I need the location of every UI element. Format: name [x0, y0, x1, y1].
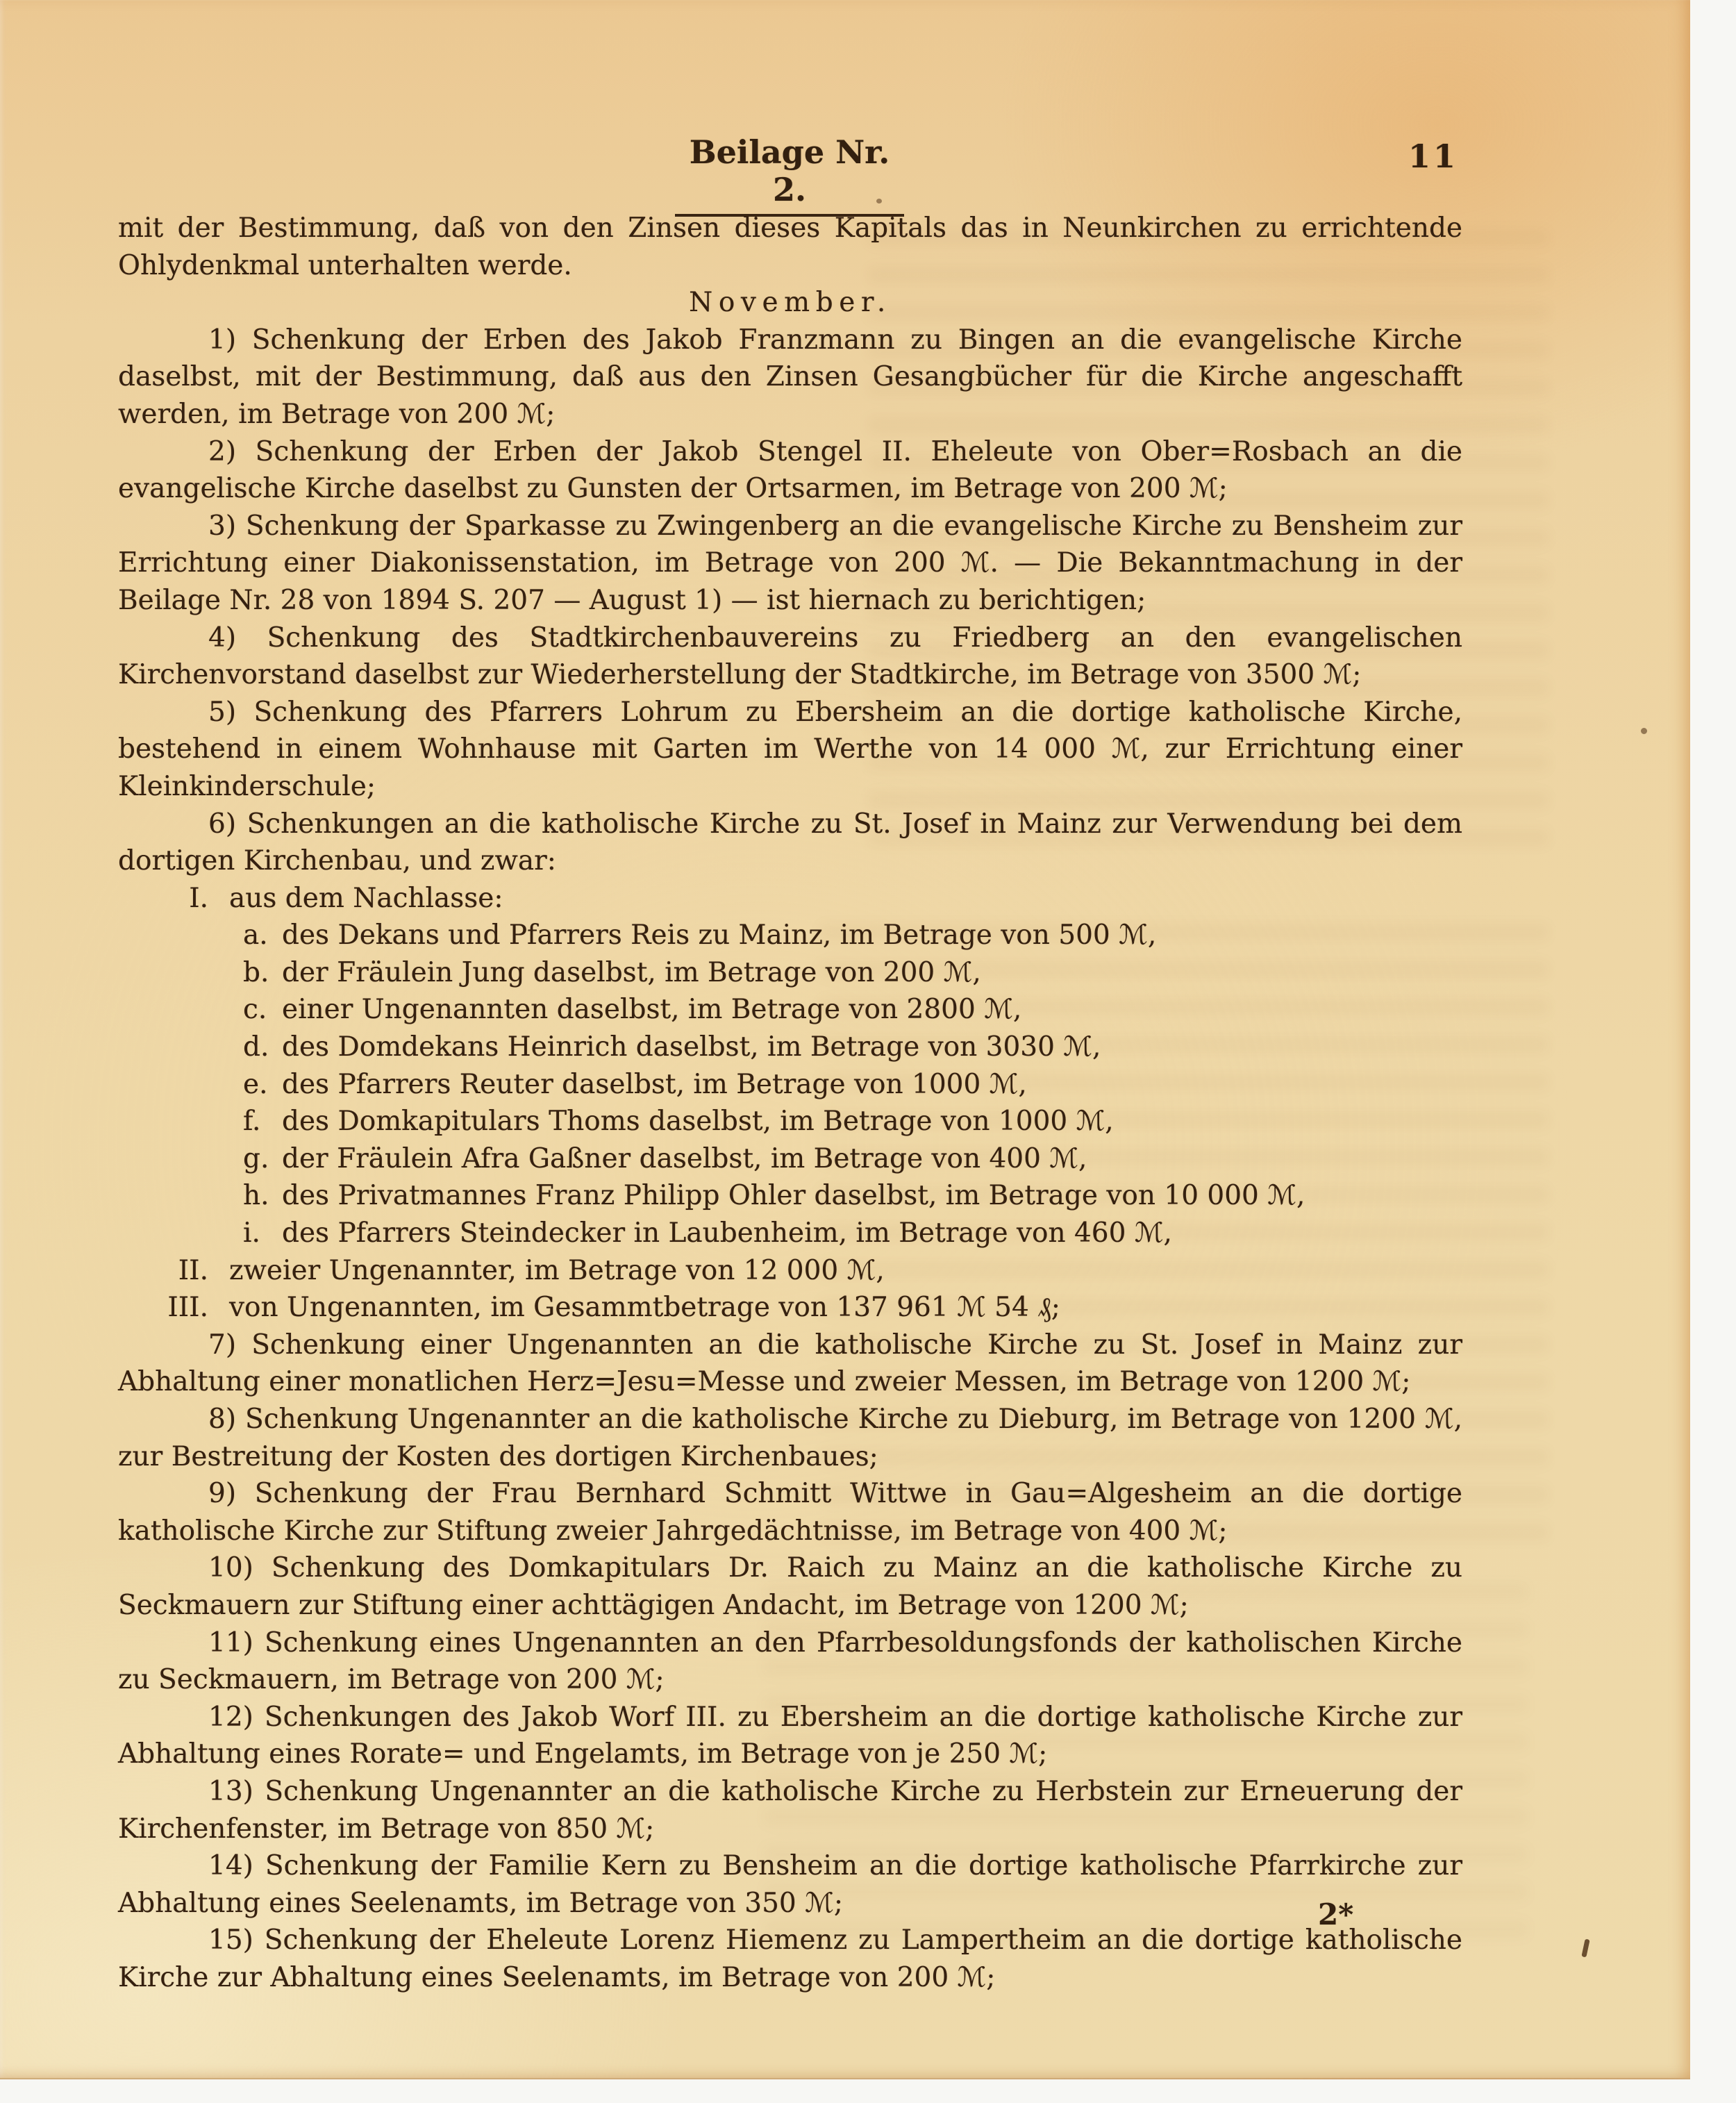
- sub-item-label: h.: [243, 1177, 282, 1215]
- list-item: 5) Schenkung des Pfarrers Lohrum zu Eber…: [118, 694, 1462, 806]
- document-body: mit der Bestimmung, daß von den Zinsen d…: [118, 210, 1462, 1997]
- sub-item-label: b.: [243, 954, 282, 992]
- sub-item-label: c.: [243, 991, 282, 1029]
- list-item: 8) Schenkung Ungenannter an die katholis…: [118, 1401, 1462, 1475]
- sub-item-text: von Ungenannten, im Gesammtbetrage von 1…: [229, 1292, 1060, 1323]
- list-item: 11) Schenkung eines Ungenannten an den P…: [118, 1624, 1462, 1699]
- sub-item-label: i.: [243, 1215, 282, 1252]
- list-item: mit der Bestimmung, daß von den Zinsen d…: [118, 210, 1462, 284]
- signature-mark: 2*: [1318, 1897, 1353, 1931]
- sub-item-text: einer Ungenannten daselbst, im Betrage v…: [282, 994, 1021, 1025]
- sub-item-text: zweier Ungenannter, im Betrage von 12 00…: [229, 1255, 885, 1286]
- sub-list-item: f.des Domkapitulars Thoms daselbst, im B…: [118, 1103, 1462, 1140]
- list-item: 6) Schenkungen an die katholische Kirche…: [118, 806, 1462, 880]
- sub-item-label: d.: [243, 1029, 282, 1066]
- sub-list-item: h.des Privatmannes Franz Philipp Ohler d…: [118, 1177, 1462, 1215]
- sub-list-item: d.des Domdekans Heinrich daselbst, im Be…: [118, 1029, 1462, 1066]
- sub-item-text: des Domkapitulars Thoms daselbst, im Bet…: [282, 1106, 1114, 1137]
- sub-list-item: e.des Pfarrers Reuter daselbst, im Betra…: [118, 1066, 1462, 1104]
- sub-list-item: c.einer Ungenannten daselbst, im Betrage…: [118, 991, 1462, 1029]
- list-item: 2) Schenkung der Erben der Jakob Stengel…: [118, 433, 1462, 508]
- sub-item-text: des Privatmannes Franz Philipp Ohler das…: [282, 1180, 1305, 1211]
- page-number: 11: [1408, 138, 1471, 175]
- sub-item-text: der Fräulein Jung daselbst, im Betrage v…: [282, 957, 981, 988]
- sub-item-text: des Domdekans Heinrich daselbst, im Betr…: [282, 1031, 1101, 1063]
- sub-list-item: II.zweier Ungenannter, im Betrage von 12…: [118, 1252, 1462, 1290]
- list-item: 10) Schenkung des Domkapitulars Dr. Raic…: [118, 1549, 1462, 1624]
- sub-item-label: f.: [243, 1103, 282, 1140]
- list-item: 15) Schenkung der Eheleute Lorenz Hiemen…: [118, 1922, 1462, 1996]
- list-item: 4) Schenkung des Stadtkirchenbauvereins …: [118, 620, 1462, 694]
- sub-list-item: i.des Pfarrers Steindecker in Laubenheim…: [118, 1215, 1462, 1252]
- sub-item-text: der Fräulein Afra Gaßner daselbst, im Be…: [282, 1143, 1087, 1174]
- sub-item-text: des Pfarrers Reuter daselbst, im Betrage…: [282, 1069, 1027, 1100]
- sub-item-label: II.: [118, 1252, 208, 1290]
- ink-speck: [1641, 728, 1647, 734]
- sub-list-item: b.der Fräulein Jung daselbst, im Betrage…: [118, 954, 1462, 992]
- sub-item-label: III.: [118, 1289, 208, 1327]
- list-item: 7) Schenkung einer Ungenannten an die ka…: [118, 1327, 1462, 1401]
- list-item: 12) Schenkungen des Jakob Worf III. zu E…: [118, 1699, 1462, 1773]
- sub-list-item: g.der Fräulein Afra Gaßner daselbst, im …: [118, 1140, 1462, 1178]
- sub-item-text: des Dekans und Pfarrers Reis zu Mainz, i…: [282, 920, 1156, 951]
- list-item: 9) Schenkung der Frau Bernhard Schmitt W…: [118, 1475, 1462, 1549]
- month-heading: November.: [118, 284, 1462, 322]
- sub-list-item: III.von Ungenannten, im Gesammtbetrage v…: [118, 1289, 1462, 1327]
- sub-list-item: I.aus dem Nachlasse:: [118, 880, 1462, 917]
- list-item: 3) Schenkung der Sparkasse zu Zwingenber…: [118, 508, 1462, 620]
- sub-list-item: a.des Dekans und Pfarrers Reis zu Mainz,…: [118, 917, 1462, 954]
- running-title: Beilage Nr. 2.: [675, 133, 904, 217]
- list-item: 14) Schenkung der Familie Kern zu Benshe…: [118, 1847, 1462, 1922]
- sub-item-text: des Pfarrers Steindecker in Laubenheim, …: [282, 1217, 1172, 1249]
- list-item: 1) Schenkung der Erben des Jakob Franzma…: [118, 322, 1462, 433]
- sub-item-text: aus dem Nachlasse:: [229, 883, 503, 914]
- sub-item-label: e.: [243, 1066, 282, 1104]
- sub-item-label: I.: [118, 880, 208, 917]
- sub-item-label: g.: [243, 1140, 282, 1178]
- paper-sheet: Beilage Nr. 2. 11 mit der Bestimmung, da…: [0, 0, 1690, 2079]
- ink-speck: [1581, 1939, 1589, 1958]
- sub-item-label: a.: [243, 917, 282, 954]
- list-item: 13) Schenkung Ungenannter an die katholi…: [118, 1773, 1462, 1847]
